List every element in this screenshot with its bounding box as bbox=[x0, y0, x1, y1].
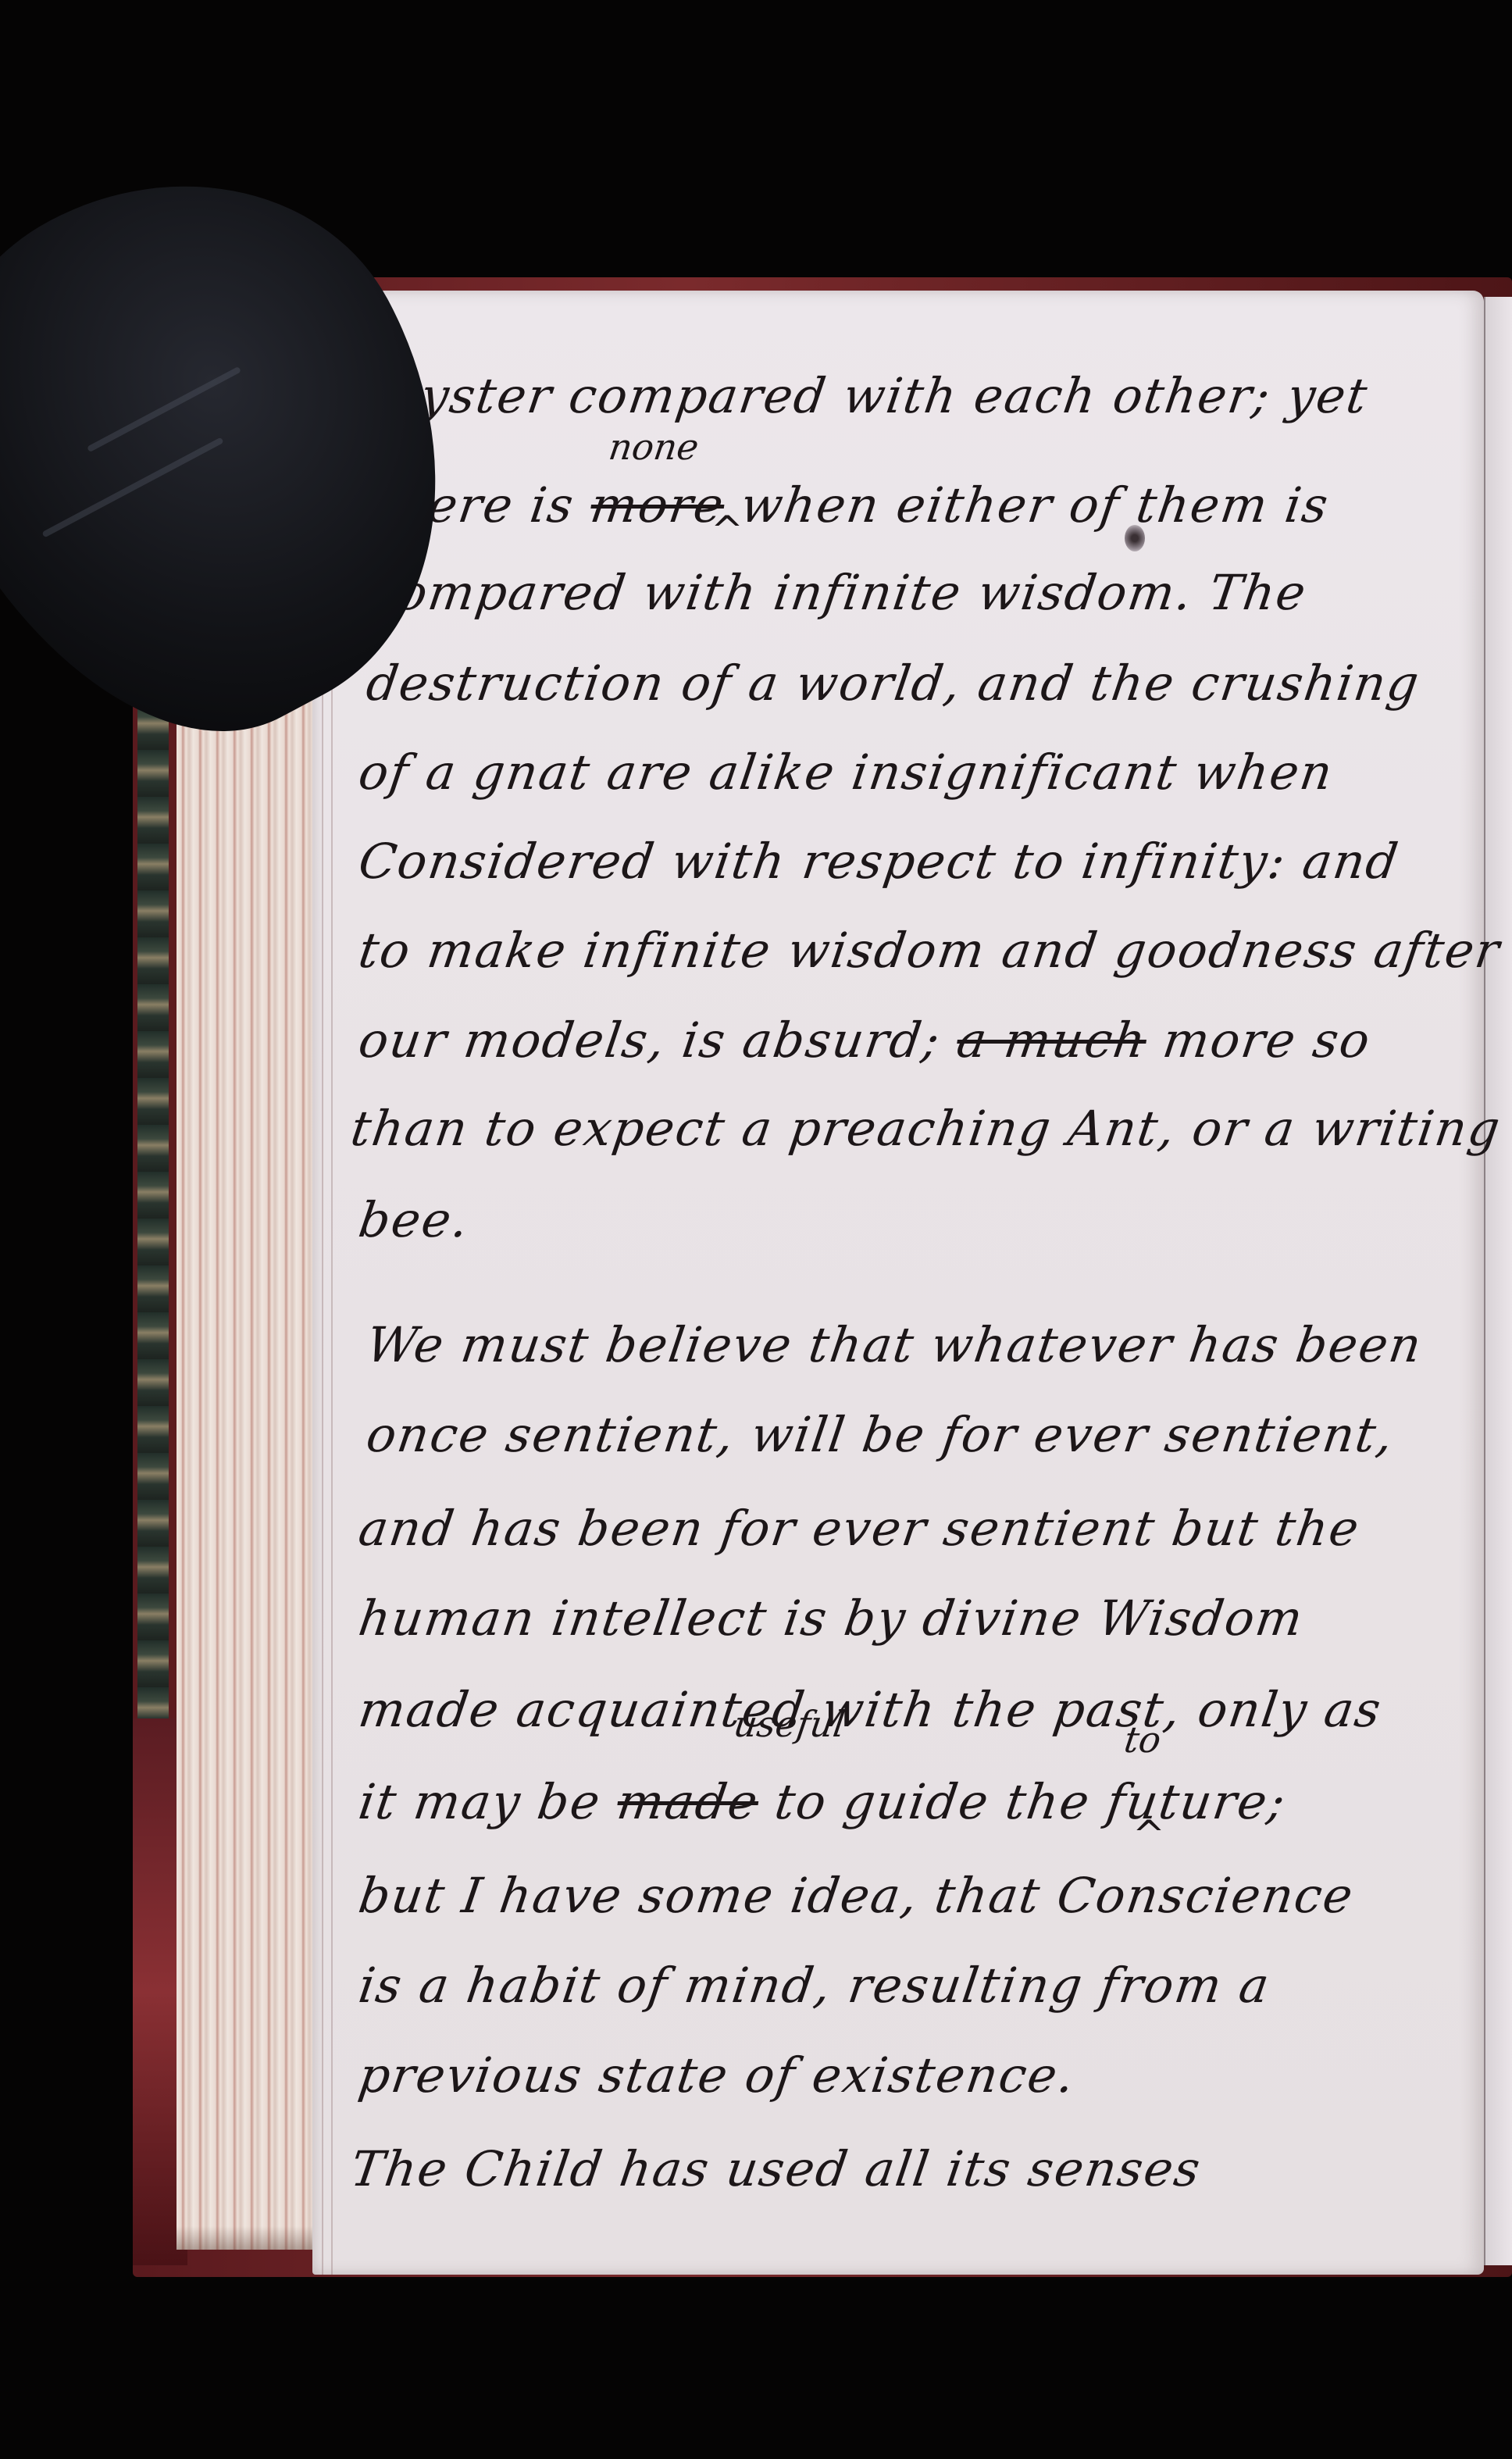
text-line-14: human intellect is by divine Wisdom bbox=[355, 1590, 1307, 1647]
text-line-20: The Child has used all its senses bbox=[348, 2140, 1205, 2197]
text-line-2: there is more when either of them is bbox=[371, 476, 1333, 534]
text-line-7: to make infinite wisdom and goodness aft… bbox=[355, 922, 1504, 979]
text-line-9: than to expect a preaching Ant, or a wri… bbox=[348, 1100, 1505, 1157]
ink-spot bbox=[1125, 525, 1145, 551]
text-line-12: once sentient, will be for ever sentient… bbox=[363, 1406, 1398, 1463]
struck-word: more bbox=[587, 476, 729, 534]
text-line-4: destruction of a world, and the crushing bbox=[363, 655, 1424, 712]
adjacent-page-edge bbox=[1484, 297, 1512, 2265]
text-line-5: of a gnat are alike insignificant when bbox=[355, 744, 1337, 801]
text-line-17: but I have some idea, that Conscience bbox=[355, 1867, 1357, 1924]
text-line-15: made acquainted with the past, only as bbox=[355, 1681, 1385, 1738]
marbled-cover-edge bbox=[137, 562, 169, 1734]
text-line-3: Compared with infinite wisdom. The bbox=[355, 564, 1311, 621]
insertion-none: none bbox=[606, 426, 701, 468]
insertion-caret: ^ bbox=[1132, 1812, 1165, 1858]
text-line-6: Considered with respect to infinity: and bbox=[355, 833, 1403, 890]
struck-word: made bbox=[614, 1773, 762, 1830]
text-line-19: previous state of existence. bbox=[355, 2047, 1079, 2104]
text-line-1: oyster compared with each other; yet bbox=[387, 367, 1372, 424]
text-line-11: We must believe that whatever has been bbox=[363, 1316, 1426, 1373]
insertion-caret: ^ bbox=[711, 508, 744, 553]
struck-phrase: a much bbox=[954, 1012, 1150, 1069]
text-line-10: bee. bbox=[355, 1191, 473, 1248]
text-line-18: is a habit of mind, resulting from a bbox=[355, 1957, 1274, 2014]
text-line-8: our models, is absurd; a much more so bbox=[355, 1012, 1375, 1069]
insertion-useful: useful bbox=[731, 1703, 847, 1745]
photo-scene: oyster compared with each other; yet non… bbox=[0, 0, 1512, 2459]
insertion-to: to bbox=[1122, 1718, 1164, 1761]
text-line-13: and has been for ever sentient but the bbox=[355, 1500, 1364, 1557]
